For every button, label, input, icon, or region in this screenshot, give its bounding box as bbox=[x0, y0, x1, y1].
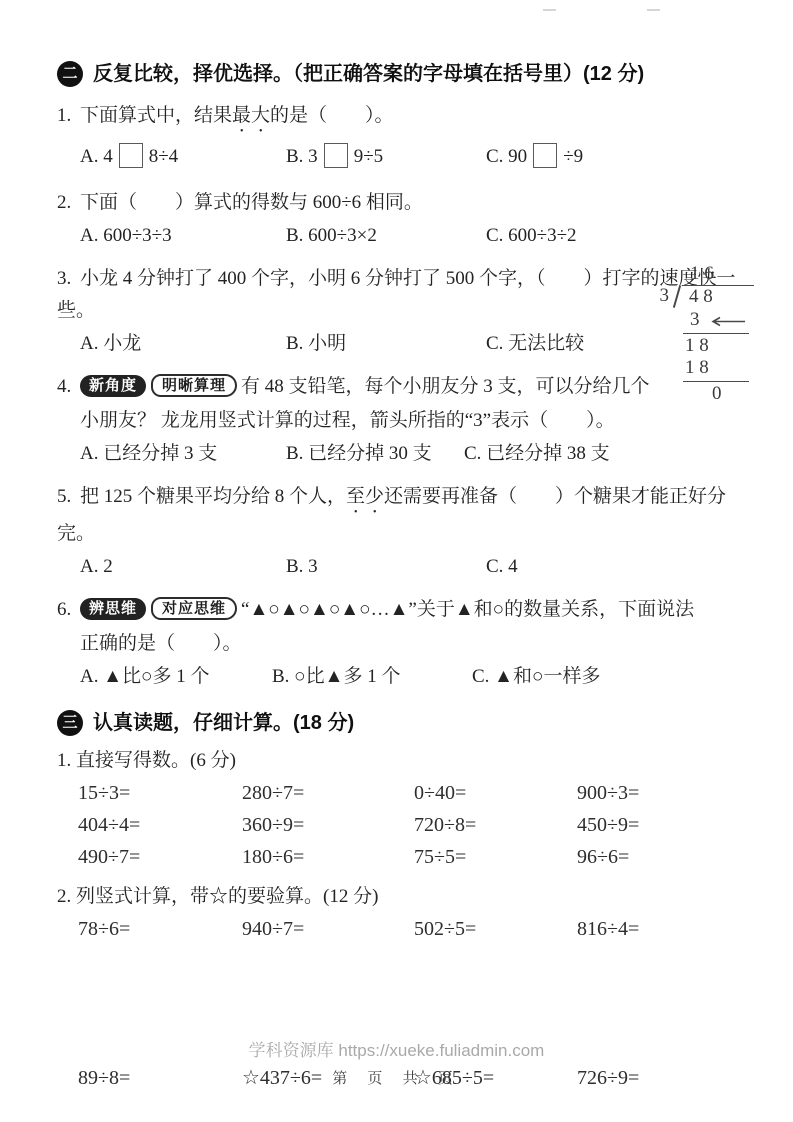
section-three-title: 认真读题，仔细计算。(18 分) bbox=[93, 709, 354, 737]
emphasized-text: 至少 bbox=[346, 486, 384, 507]
badge-new-angle: 新角度 bbox=[80, 375, 146, 397]
question-text: 把 125 个糖果平均分给 8 个人， bbox=[80, 486, 346, 507]
option-a: A. 小龙 bbox=[80, 327, 286, 361]
section-two-header: 二 反复比较，择优选择。（把正确答案的字母填在括号里）(12 分) bbox=[57, 60, 750, 88]
equation: 75÷5= bbox=[414, 841, 577, 873]
equation: 0÷40= bbox=[414, 777, 577, 809]
section-number-icon: 三 bbox=[57, 710, 83, 736]
option-c: C. 600÷3÷2 bbox=[486, 219, 750, 253]
question-4-options: A. 已经分掉 3 支 B. 已经分掉 30 支 C. 已经分掉 38 支 bbox=[80, 437, 750, 471]
option-a: A. 600÷3÷3 bbox=[80, 219, 286, 253]
equation: 15÷3= bbox=[78, 777, 242, 809]
option-a: A. ▲比○多 1 个 bbox=[80, 660, 272, 694]
subsection-2-title: 2. 列竖式计算，带☆的要验算。(12 分) bbox=[57, 881, 750, 913]
equation: 96÷6= bbox=[577, 841, 750, 873]
equation: 720÷8= bbox=[414, 809, 577, 841]
crop-mark bbox=[647, 9, 660, 11]
question-5-options: A. 2 B. 3 C. 4 bbox=[80, 550, 750, 584]
question-number: 3. bbox=[57, 263, 80, 295]
mental-math-grid: 15÷3= 280÷7= 0÷40= 900÷3= 404÷4= 360÷9= … bbox=[78, 777, 750, 873]
question-2: 2.下面（ ）算式的得数与 600÷6 相同。 bbox=[57, 187, 750, 219]
question-4: 4.新角度明晰算理有 48 支铅笔，每个小朋友分 3 支，可以分给几个 bbox=[57, 371, 750, 403]
question-text: 小龙 4 分钟打了 400 个字，小明 6 分钟打了 500 个字，（ ）打字的… bbox=[57, 268, 736, 321]
division-rule bbox=[683, 333, 749, 334]
option-c: C. 4 bbox=[486, 550, 750, 584]
option-c: C. ▲和○一样多 bbox=[472, 660, 750, 694]
vertical-calc-row-1: 78÷6= 940÷7= 502÷5= 816÷4= bbox=[78, 913, 750, 945]
question-4-line2: 小朋友？ 龙龙用竖式计算的过程，箭头所指的“3”表示（ ）。 bbox=[57, 405, 750, 437]
long-division-figure: 1 6 3 4 8 3 1 8 1 8 0 bbox=[654, 263, 754, 404]
equation: 78÷6= bbox=[78, 913, 242, 945]
question-text: 有 48 支铅笔，每个小朋友分 3 支，可以分给几个 bbox=[241, 376, 650, 397]
section-three-header: 三 认真读题，仔细计算。(18 分) bbox=[57, 709, 750, 737]
division-bracket-row: 3 4 8 bbox=[654, 285, 754, 307]
question-6-options: A. ▲比○多 1 个 B. ○比▲多 1 个 C. ▲和○一样多 bbox=[80, 660, 750, 694]
division-row: 1 8 bbox=[654, 335, 754, 356]
option-c: C. 已经分掉 38 支 bbox=[464, 437, 750, 471]
section-two-title: 反复比较，择优选择。（把正确答案的字母填在括号里）(12 分) bbox=[93, 60, 644, 88]
equation: 360÷9= bbox=[242, 809, 414, 841]
question-number: 1. bbox=[57, 100, 80, 132]
question-6-line2: 正确的是（ ）。 bbox=[57, 628, 750, 660]
division-remainder: 0 bbox=[654, 383, 754, 404]
question-1-options: A. 48÷4 B. 39÷5 C. 90÷9 bbox=[80, 137, 750, 177]
option-c: C. 90÷9 bbox=[486, 137, 750, 177]
question-number: 6. bbox=[57, 594, 80, 626]
question-text: 下面算式中，结果 bbox=[80, 105, 232, 126]
question-text: 正确的是（ ）。 bbox=[80, 633, 242, 654]
equation: 490÷7= bbox=[78, 841, 242, 873]
question-number: 5. bbox=[57, 481, 80, 513]
question-number: 4. bbox=[57, 371, 80, 403]
badge-clear-reasoning: 明晰算理 bbox=[151, 374, 237, 397]
division-rule bbox=[683, 381, 749, 382]
crop-mark bbox=[543, 9, 556, 11]
division-divisor: 3 bbox=[654, 285, 669, 307]
equation: 502÷5= bbox=[414, 913, 577, 945]
worksheet-page: 二 反复比较，择优选择。（把正确答案的字母填在括号里）(12 分) 1.下面算式… bbox=[0, 0, 793, 1122]
equation: 940÷7= bbox=[242, 913, 414, 945]
footer-page-indicator: 第 页 共 页 bbox=[0, 1067, 793, 1088]
question-text: 下面（ ）算式的得数与 600÷6 相同。 bbox=[80, 192, 423, 213]
question-3: 3.小龙 4 分钟打了 400 个字，小明 6 分钟打了 500 个字，（ ）打… bbox=[57, 263, 750, 327]
worksheet-content: 二 反复比较，择优选择。（把正确答案的字母填在括号里）(12 分) 1.下面算式… bbox=[57, 60, 750, 1094]
question-text: 小朋友？ 龙龙用竖式计算的过程，箭头所指的“3”表示（ ）。 bbox=[80, 410, 615, 431]
question-text: 的是（ ）。 bbox=[270, 105, 394, 126]
subsection-1-title: 1. 直接写得数。(6 分) bbox=[57, 745, 750, 777]
question-5: 5.把 125 个糖果平均分给 8 个人，至少还需要再准备（ ）个糖果才能正好分… bbox=[57, 481, 750, 550]
option-b: B. ○比▲多 1 个 bbox=[272, 660, 472, 694]
division-bracket-icon bbox=[669, 285, 682, 307]
blank-digit-box bbox=[324, 143, 348, 168]
question-3-options: A. 小龙 B. 小明 C. 无法比较 bbox=[80, 327, 750, 361]
badge-discriminate-thinking: 辨思维 bbox=[80, 598, 146, 620]
question-6: 6.辨思维对应思维“▲○▲○▲○▲○…▲”关于▲和○的数量关系，下面说法 bbox=[57, 594, 750, 626]
option-a: A. 48÷4 bbox=[80, 137, 286, 177]
option-b: B. 3 bbox=[286, 550, 486, 584]
division-row: 1 8 bbox=[654, 357, 754, 378]
option-b: B. 39÷5 bbox=[286, 137, 486, 177]
division-subtract-step: 3 bbox=[654, 309, 754, 330]
emphasized-text: 最大 bbox=[232, 105, 270, 126]
option-b: B. 600÷3×2 bbox=[286, 219, 486, 253]
division-quotient: 1 6 bbox=[654, 263, 754, 284]
equation: 450÷9= bbox=[577, 809, 750, 841]
option-a: A. 已经分掉 3 支 bbox=[80, 437, 286, 471]
question-number: 2. bbox=[57, 187, 80, 219]
blank-digit-box bbox=[119, 143, 143, 168]
division-dividend: 4 8 bbox=[682, 285, 754, 307]
question-2-options: A. 600÷3÷3 B. 600÷3×2 C. 600÷3÷2 bbox=[80, 219, 750, 253]
option-b: B. 小明 bbox=[286, 327, 486, 361]
equation: 404÷4= bbox=[78, 809, 242, 841]
arrow-left-icon bbox=[710, 316, 746, 327]
option-b: B. 已经分掉 30 支 bbox=[286, 437, 464, 471]
footer-source-link: 学科资源库 https://xueke.fuliadmin.com bbox=[0, 1036, 793, 1061]
equation: 180÷6= bbox=[242, 841, 414, 873]
section-number-icon: 二 bbox=[57, 61, 83, 87]
option-a: A. 2 bbox=[80, 550, 286, 584]
equation: 900÷3= bbox=[577, 777, 750, 809]
question-text: “▲○▲○▲○▲○…▲”关于▲和○的数量关系，下面说法 bbox=[241, 599, 694, 620]
equation: 816÷4= bbox=[577, 913, 750, 945]
badge-correspondence-thinking: 对应思维 bbox=[151, 597, 237, 620]
question-1: 1.下面算式中，结果最大的是（ ）。 bbox=[57, 100, 750, 137]
equation: 280÷7= bbox=[242, 777, 414, 809]
blank-digit-box bbox=[533, 143, 557, 168]
